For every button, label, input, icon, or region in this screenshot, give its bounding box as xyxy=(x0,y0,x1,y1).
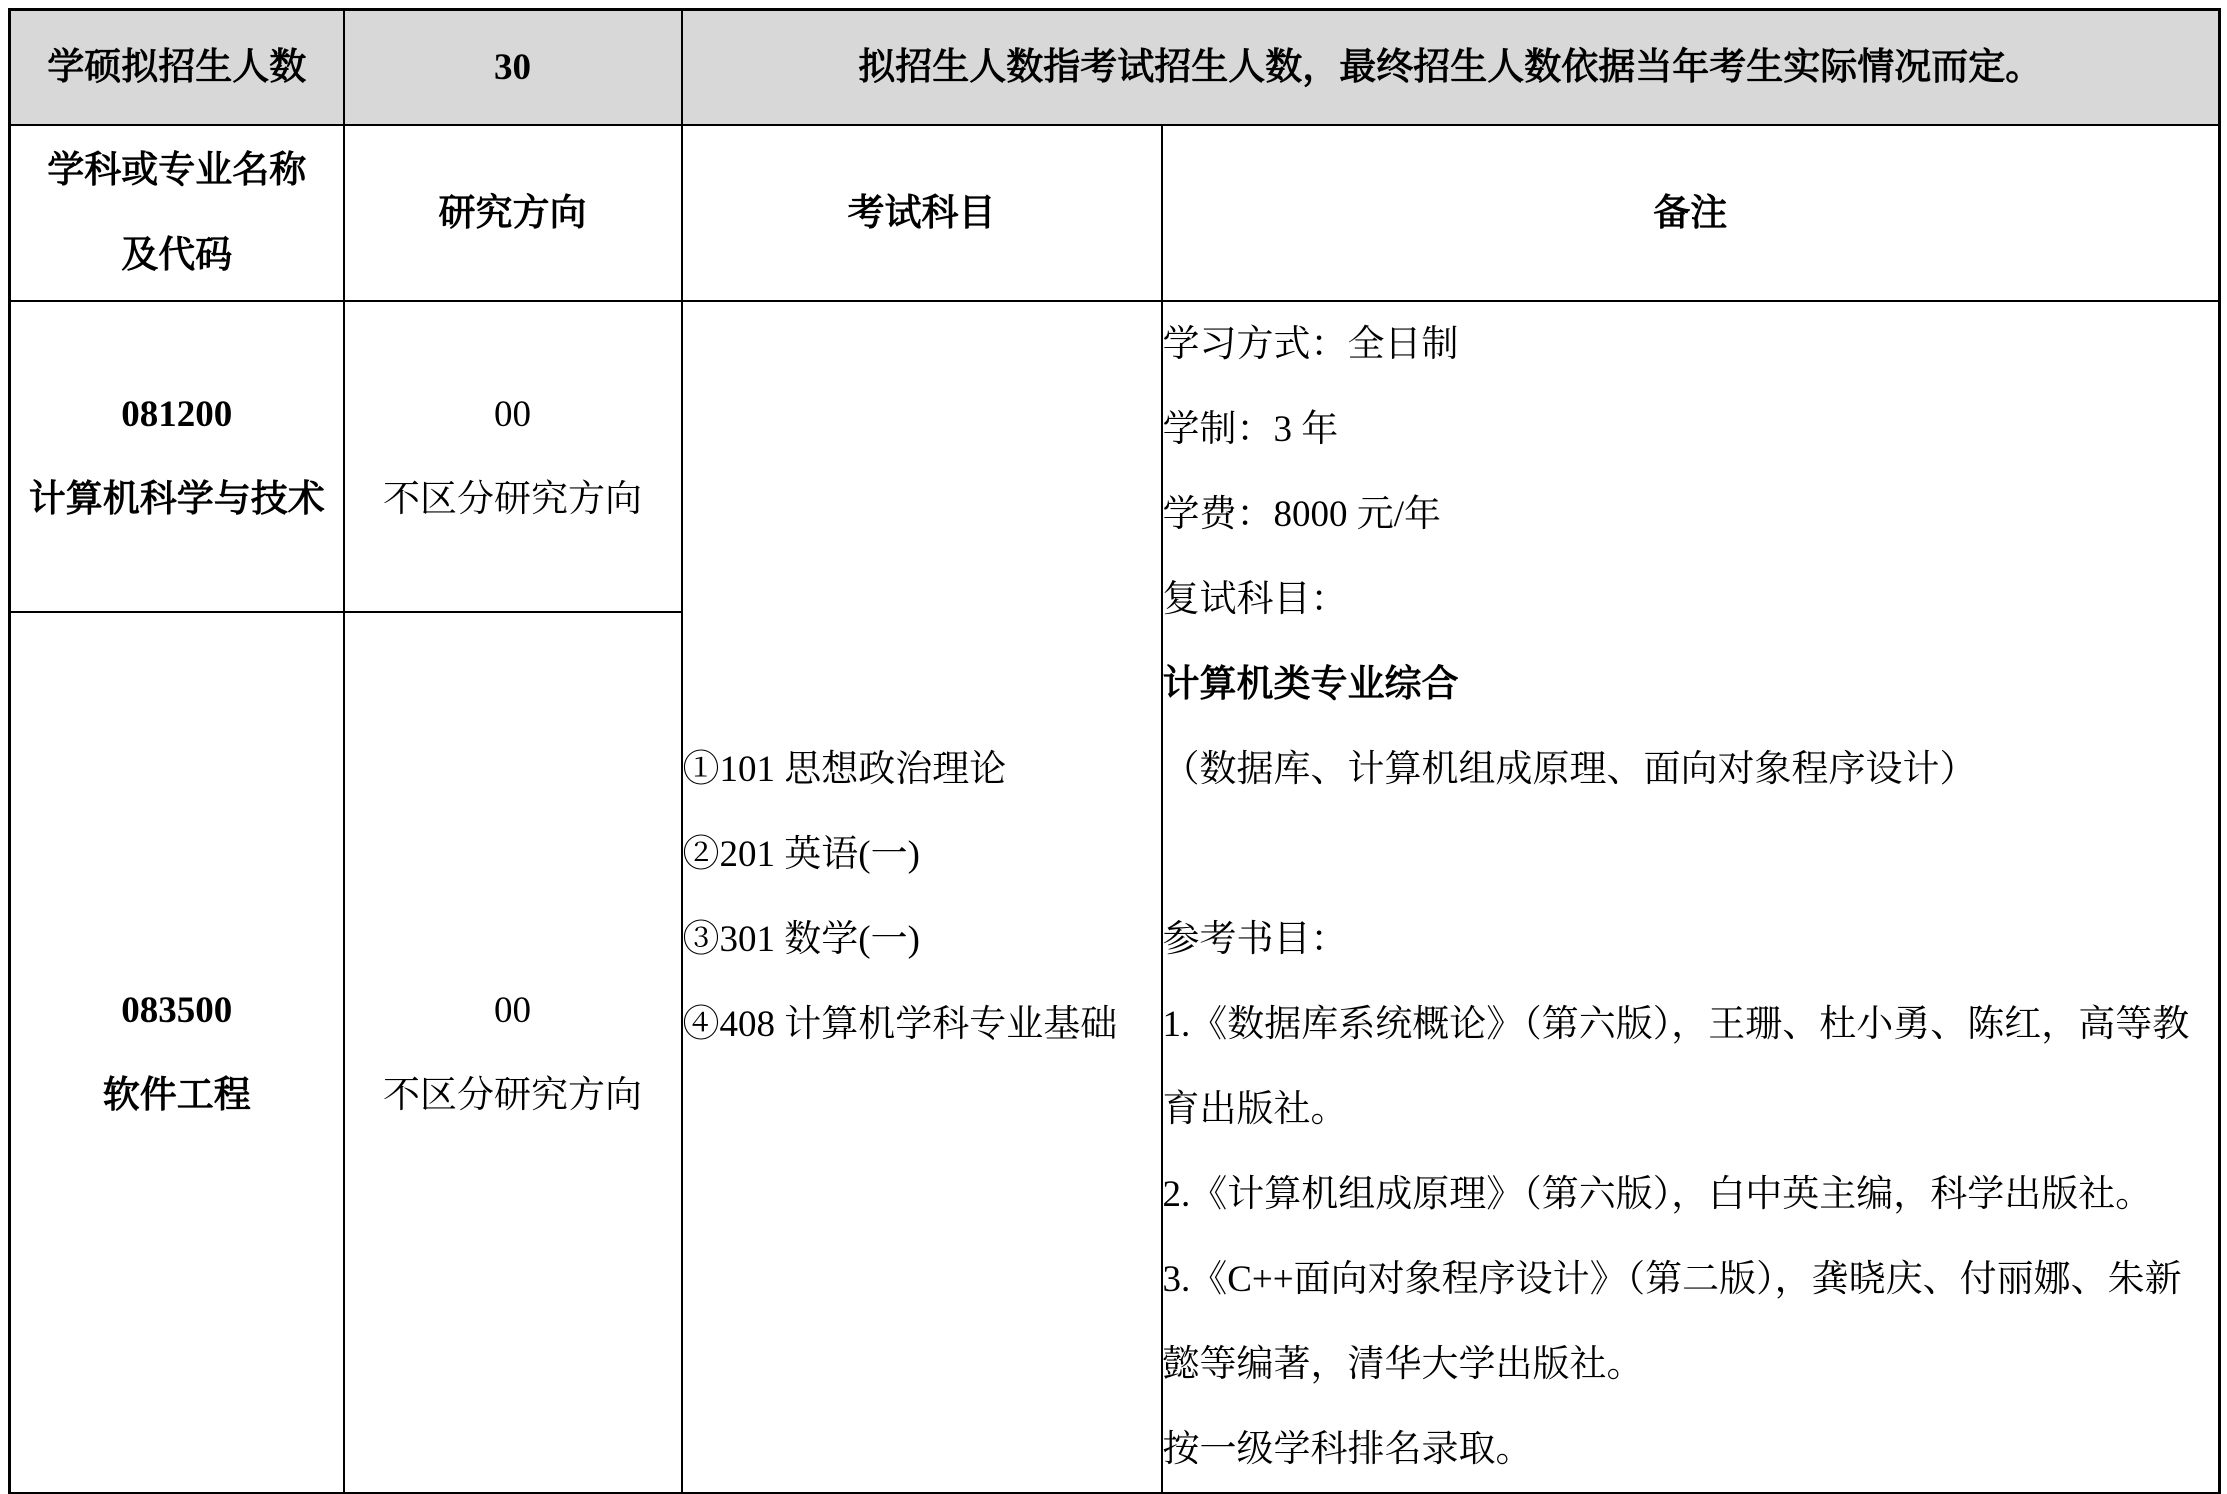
direction-name: 不区分研究方向 xyxy=(345,457,681,542)
remark-admission-rule: 按一级学科排名录取。 xyxy=(1163,1407,2219,1492)
remark-reference-label: 参考书目： xyxy=(1163,897,2219,982)
remark-reference-3: 3.《C++面向对象程序设计》（第二版），龚晓庆、付丽娜、朱新懿等编著，清华大学… xyxy=(1163,1237,2219,1407)
program-code: 081200 xyxy=(11,372,343,457)
remarks-header-cell: 备注 xyxy=(1162,125,2220,301)
remark-tuition: 学费：8000 元/年 xyxy=(1163,472,2219,557)
remark-spacer xyxy=(1163,812,2219,897)
exam-subject-3: ③301 数学(一) xyxy=(683,897,1161,982)
exam-subjects-cell: ①101 思想政治理论 ②201 英语(一) ③301 数学(一) ④408 计… xyxy=(682,301,1162,1494)
direction-code: 00 xyxy=(345,968,681,1053)
program-cell-081200: 081200 计算机科学与技术 xyxy=(10,301,344,612)
exam-subject-1: ①101 思想政治理论 xyxy=(683,727,1161,812)
admissions-table: 学硕拟招生人数 30 拟招生人数指考试招生人数，最终招生人数依据当年考生实际情况… xyxy=(8,8,2221,1494)
direction-cell-081200: 00 不区分研究方向 xyxy=(344,301,682,612)
direction-name: 不区分研究方向 xyxy=(345,1053,681,1138)
program-row-081200: 081200 计算机科学与技术 00 不区分研究方向 ①101 思想政治理论 ②… xyxy=(10,301,2220,612)
remark-study-mode: 学习方式：全日制 xyxy=(1163,302,2219,387)
exam-subject-2: ②201 英语(一) xyxy=(683,812,1161,897)
subjects-header-cell: 考试科目 xyxy=(682,125,1162,301)
remark-reference-2: 2.《计算机组成原理》（第六版），白中英主编，科学出版社。 xyxy=(1163,1152,2219,1237)
summary-row: 学硕拟招生人数 30 拟招生人数指考试招生人数，最终招生人数依据当年考生实际情况… xyxy=(10,10,2220,126)
column-header-row: 学科或专业名称 及代码 研究方向 考试科目 备注 xyxy=(10,125,2220,301)
remark-reference-1: 1.《数据库系统概论》（第六版），王珊、杜小勇、陈红，高等教育出版社。 xyxy=(1163,982,2219,1152)
direction-header-cell: 研究方向 xyxy=(344,125,682,301)
discipline-header-line2: 及代码 xyxy=(11,213,343,298)
remark-retest-subject: 计算机类专业综合 xyxy=(1163,642,2219,727)
exam-subject-4: ④408 计算机学科专业基础 xyxy=(683,982,1161,1067)
quota-label-cell: 学硕拟招生人数 xyxy=(10,10,344,126)
remarks-cell: 学习方式：全日制 学制：3 年 学费：8000 元/年 复试科目： 计算机类专业… xyxy=(1162,301,2220,1494)
direction-cell-083500: 00 不区分研究方向 xyxy=(344,612,682,1493)
remark-retest-label: 复试科目： xyxy=(1163,557,2219,642)
program-name: 计算机科学与技术 xyxy=(11,457,343,542)
admissions-table-page: 学硕拟招生人数 30 拟招生人数指考试招生人数，最终招生人数依据当年考生实际情况… xyxy=(0,0,2227,1494)
remark-retest-scope: （数据库、计算机组成原理、面向对象程序设计） xyxy=(1163,727,2219,812)
remark-duration: 学制：3 年 xyxy=(1163,387,2219,472)
program-cell-083500: 083500 软件工程 xyxy=(10,612,344,1493)
discipline-header-cell: 学科或专业名称 及代码 xyxy=(10,125,344,301)
program-code: 083500 xyxy=(11,968,343,1053)
quota-note-cell: 拟招生人数指考试招生人数，最终招生人数依据当年考生实际情况而定。 xyxy=(682,10,2220,126)
quota-value-cell: 30 xyxy=(344,10,682,126)
program-name: 软件工程 xyxy=(11,1053,343,1138)
discipline-header-line1: 学科或专业名称 xyxy=(11,128,343,213)
direction-code: 00 xyxy=(345,372,681,457)
